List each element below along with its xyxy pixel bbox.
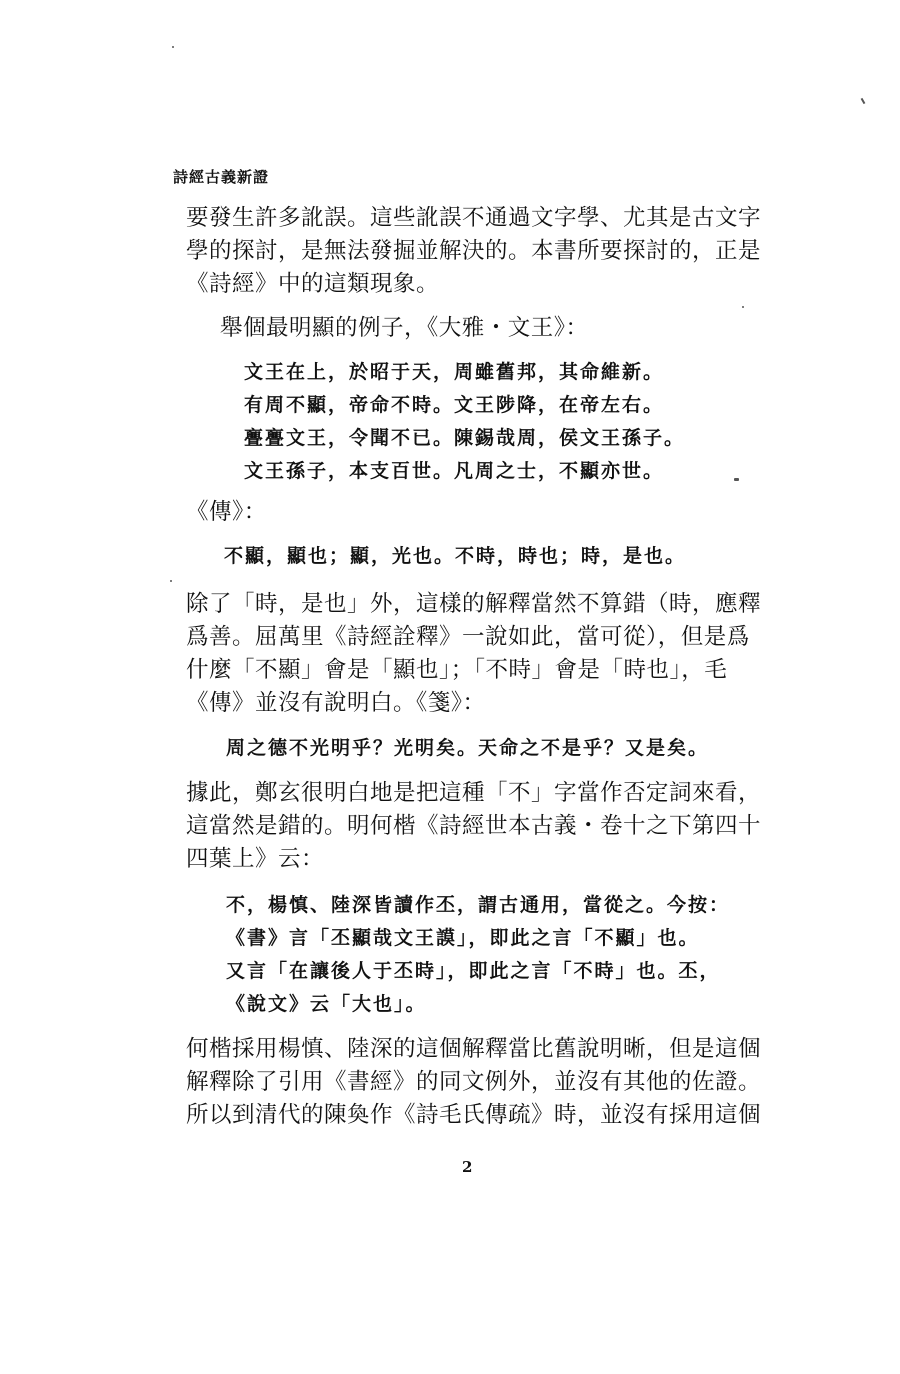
- body-paragraph-3: 《傳》：: [186, 496, 756, 529]
- text-line: 據此，鄭玄很明白地是把這種「不」字當作否定詞來看，: [186, 777, 756, 810]
- quote-line: 亹亹文王，令聞不已。陳錫哉周，侯文王孫子。: [244, 422, 685, 455]
- text-line: 舉個最明顯的例子，《大雅・文王》：: [220, 312, 790, 345]
- text-line: 何楷採用楊慎、陸深的這個解釋當比舊說明晰，但是這個: [186, 1033, 756, 1066]
- text-line: 所以到清代的陳奐作《詩毛氏傳疏》時，並沒有採用這個: [186, 1099, 756, 1132]
- page-number: 2: [462, 1158, 472, 1176]
- body-paragraph-6: 何楷採用楊慎、陸深的這個解釋當比舊說明晰，但是這個 解釋除了引用《書經》的同文例…: [186, 1033, 756, 1132]
- book-page: 詩經古義新證 要發生許多訛誤。這些訛誤不通過文字學、尤其是古文字 學的探討，是無…: [0, 0, 900, 1374]
- body-paragraph-5: 據此，鄭玄很明白地是把這種「不」字當作否定詞來看， 這當然是錯的。明何楷《詩經世…: [186, 777, 756, 876]
- quote-line: 文王在上，於昭于天，周雖舊邦，其命維新。: [244, 356, 685, 389]
- text-line: 《傳》：: [186, 496, 756, 529]
- quote-line: 文王孫子，本支百世。凡周之士，不顯亦世。: [244, 455, 685, 488]
- quote-line: 不，楊慎、陸深皆讀作丕，謂古通用，當從之。今按：: [226, 889, 730, 922]
- scan-speck: [172, 46, 174, 48]
- text-line: 什麼「不顯」會是「顯也」；「不時」會是「時也」，毛: [186, 654, 756, 687]
- text-line: 四葉上》云：: [186, 843, 756, 876]
- scan-speck: [734, 478, 739, 481]
- running-header: 詩經古義新證: [173, 166, 269, 187]
- text-line: 爲善。屈萬里《詩經詮釋》一說如此，當可從），但是爲: [186, 621, 756, 654]
- text-line: 這當然是錯的。明何楷《詩經世本古義・卷十之下第四十: [186, 810, 756, 843]
- text-line: 要發生許多訛誤。這些訛誤不通過文字學、尤其是古文字: [186, 202, 756, 235]
- body-paragraph-1: 要發生許多訛誤。這些訛誤不通過文字學、尤其是古文字 學的探討，是無法發掘並解決的…: [186, 202, 756, 301]
- text-line: 解釋除了引用《書經》的同文例外，並沒有其他的佐證。: [186, 1066, 756, 1099]
- block-quote-he-kai: 不，楊慎、陸深皆讀作丕，謂古通用，當從之。今按： 《書》言「丕顯哉文王謨」，即此…: [226, 889, 730, 1021]
- quote-line: 《書》言「丕顯哉文王謨」，即此之言「不顯」也。: [226, 922, 730, 955]
- scan-speck: [170, 580, 172, 582]
- quote-line: 《說文》云「大也」。: [226, 988, 730, 1021]
- body-paragraph-2: 舉個最明顯的例子，《大雅・文王》：: [220, 312, 790, 345]
- quote-line: 有周不顯，帝命不時。文王陟降，在帝左右。: [244, 389, 685, 422]
- text-line: 學的探討，是無法發掘並解決的。本書所要探討的，正是: [186, 235, 756, 268]
- block-quote-jian: 周之德不光明乎？光明矣。天命之不是乎？又是矣。: [226, 732, 709, 765]
- text-line: 《傳》並沒有說明白。《箋》：: [186, 687, 756, 720]
- body-paragraph-4: 除了「時，是也」外，這樣的解釋當然不算錯（時，應釋 爲善。屈萬里《詩經詮釋》一說…: [186, 588, 756, 720]
- quote-line: 不顯，顯也；顯，光也。不時，時也；時，是也。: [224, 540, 686, 573]
- text-line: 除了「時，是也」外，這樣的解釋當然不算錯（時，應釋: [186, 588, 756, 621]
- quote-line: 周之德不光明乎？光明矣。天命之不是乎？又是矣。: [226, 732, 709, 765]
- block-quote-zhuan: 不顯，顯也；顯，光也。不時，時也；時，是也。: [224, 540, 686, 573]
- quote-line: 又言「在讓後人于丕時」，即此之言「不時」也。丕，: [226, 955, 730, 988]
- text-line: 《詩經》中的這類現象。: [186, 268, 756, 301]
- block-quote-poem: 文王在上，於昭于天，周雖舊邦，其命維新。 有周不顯，帝命不時。文王陟降，在帝左右…: [244, 356, 685, 488]
- scan-speck: [742, 306, 744, 308]
- scan-speck: [861, 98, 866, 104]
